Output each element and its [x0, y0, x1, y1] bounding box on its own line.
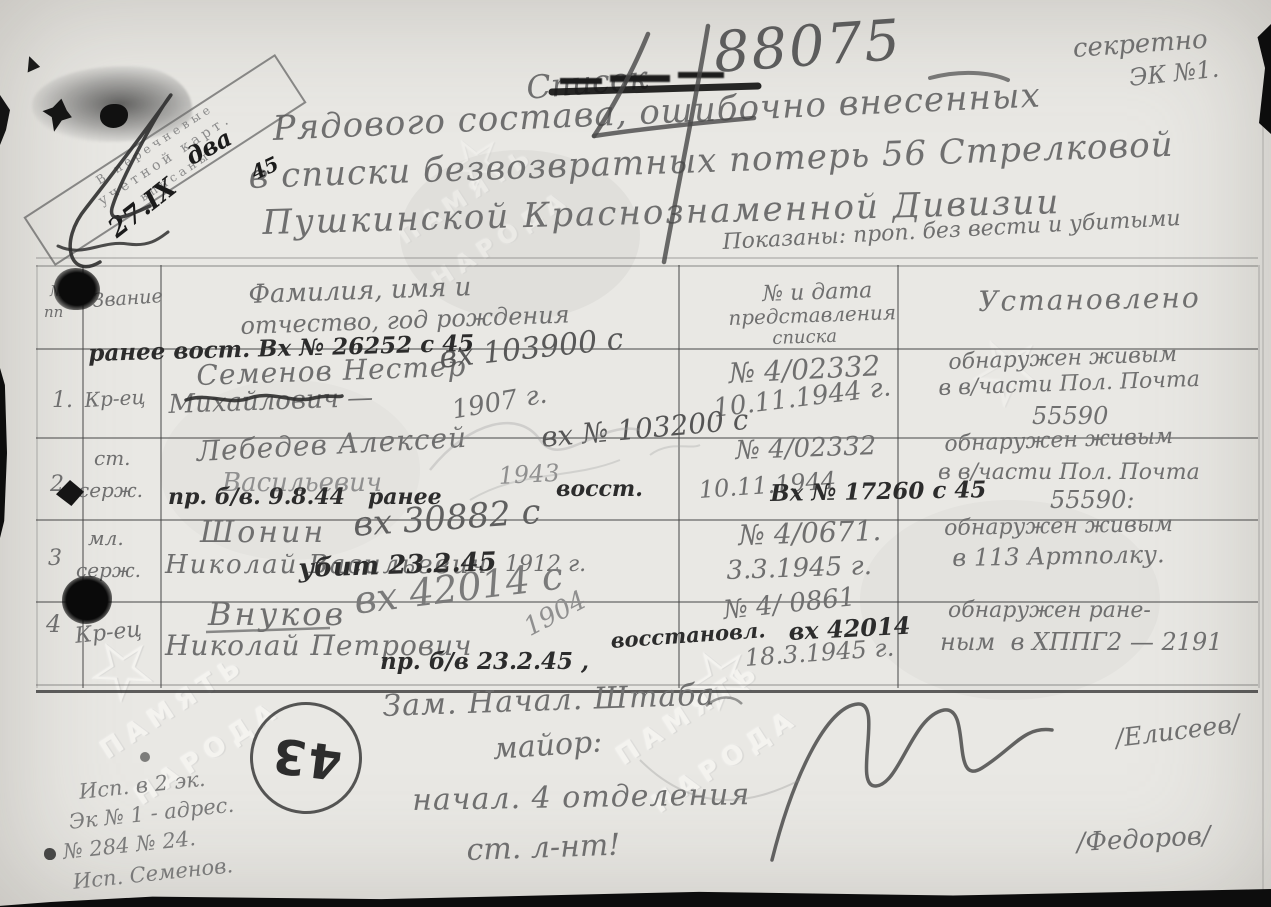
paper-edge [1262, 120, 1264, 890]
signature-title: ст. л-нт! [466, 831, 621, 866]
row-name: Михайлович — [168, 385, 374, 418]
typed-smear [610, 75, 670, 82]
signature-name: /Федоров/ [1076, 823, 1211, 856]
scanned-document-page: ☆ ПАМЯТЬ НАРОДА ☆ ПАМЯТЬ НАРОДА ☆ ПАМЯТЬ… [0, 0, 1271, 907]
row-name: Лебедев Алексей [196, 424, 468, 466]
table-rule [160, 265, 162, 688]
row-result: в 113 Артполку. [952, 542, 1165, 570]
row-annotation: восст. [556, 478, 643, 500]
row-rank: мл. [88, 528, 124, 548]
row-result: обнаружен ране- [948, 600, 1151, 622]
column-header-doc: представления [728, 302, 896, 328]
scan-edge [1256, 24, 1271, 134]
row-rank: ст. [94, 448, 131, 468]
clerk-note: № 284 № 24. [62, 828, 197, 863]
column-header-number: пп [44, 305, 63, 320]
row-result: 55590: [1050, 488, 1134, 512]
hole-punch [44, 848, 56, 860]
row-name: Шонин [200, 518, 326, 548]
row-doc-date: 3.3.1945 г. [726, 553, 872, 584]
row-doc-number: № 4/02332 [735, 433, 877, 464]
row-number: 1. [52, 390, 73, 412]
row-name: Внуков [208, 598, 346, 630]
signature-title: майор: [492, 727, 603, 765]
column-header-doc: списка [772, 328, 837, 348]
row-result: обнаружен живым [944, 426, 1173, 456]
row-result: 55590 [1032, 404, 1108, 428]
row-rank: Кр-ец [84, 387, 146, 410]
hole-punch [54, 268, 100, 310]
hole-punch [140, 752, 150, 762]
registry-number: 88075 [712, 13, 904, 82]
row-birth-year: 1907 г. [450, 381, 549, 423]
row-annotation: пр. б/в 23.2.45 , [380, 650, 589, 673]
scan-edge [0, 884, 1271, 907]
column-header-name: Фамилия, имя и [248, 274, 472, 308]
row-incoming-number-annotation: вх 30882 с [352, 495, 542, 542]
table-rule [36, 265, 1258, 267]
row-doc-date: 18.3.1945 г. [744, 636, 895, 670]
signature-name: /Елисеев/ [1114, 711, 1241, 751]
column-header-rank: Звание [92, 287, 163, 311]
table-rule [1258, 265, 1260, 688]
table-rule [36, 265, 38, 688]
column-header-result: Установлено [978, 284, 1201, 316]
row-rank: серж. [78, 480, 143, 500]
clerk-note: Исп. Семенов. [72, 855, 234, 893]
copy-number-note: ЭК №1. [1128, 57, 1220, 90]
row-result: ным в ХППГ2 — 2191 [940, 630, 1223, 654]
row-incoming-number-annotation: вх № 103200 с [540, 406, 750, 452]
row-number: 3 [48, 548, 62, 570]
row-result: в в/части Пол. Почта [938, 462, 1200, 484]
row-doc-number: № 4/0671. [738, 517, 882, 550]
scan-edge [0, 368, 7, 538]
row-result: обнаружен живым [944, 514, 1173, 540]
row-birth-year: 1943 [498, 461, 560, 488]
hole-punch [62, 576, 112, 624]
row-number: 4 [46, 612, 61, 636]
scan-edge [0, 95, 10, 145]
page-number: 43 [267, 726, 344, 790]
signature-title: начал. 4 отделения [412, 780, 751, 816]
table-rule [36, 257, 1258, 259]
typed-smear [560, 78, 602, 84]
scan-edge [24, 56, 43, 76]
typed-smear [678, 72, 724, 78]
